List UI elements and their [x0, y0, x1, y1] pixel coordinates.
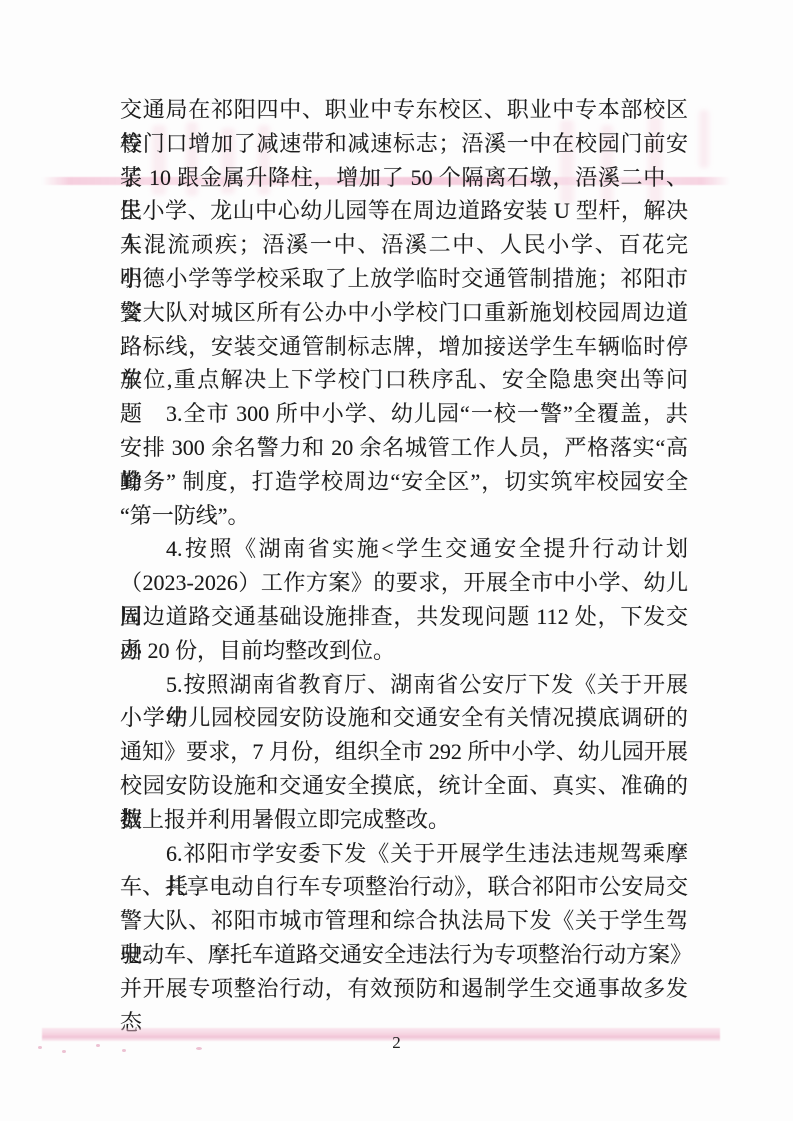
- paragraph-item-5: 5.按照湖南省教育厅、湖南省公安厅下发《关于开展中 小学幼儿园校园安防设施和交通…: [120, 668, 688, 837]
- text-line: 警大队、祁阳市城市管理和综合执法局下发《关于学生驾驶: [120, 904, 688, 938]
- text-line: 电动车、摩托车道路交通安全违法行为专项整治行动方案》: [120, 938, 688, 972]
- text-line: 车位,重点解决上下学校门口秩序乱、安全隐患突出等问题。: [120, 363, 688, 397]
- text-line: 校门口增加了减速带和减速标志；浯溪一中在校园门前安装: [120, 127, 688, 161]
- text-line: 函 20 份，目前均整改到位。: [120, 634, 688, 668]
- scan-stain: [699, 110, 709, 168]
- text-line: 6.祁阳市学安委下发《关于开展学生违法违规驾乘摩托: [120, 837, 688, 871]
- paragraph-item-3: 3.全市 300 所中小学、幼儿园“一校一警”全覆盖，共 安排 300 余名警力…: [120, 397, 688, 532]
- text-line: 警大队对城区所有公办中小学校门口重新施划校园周边道: [120, 296, 688, 330]
- text-line: 校园安防设施和交通安全摸底，统计全面、真实、准确的数: [120, 769, 688, 803]
- text-line: （2023-2026）工作方案》的要求，开展全市中小学、幼儿园: [120, 566, 688, 600]
- text-line: 交通局在祁阳四中、职业中专东校区、职业中专本部校区等: [120, 93, 688, 127]
- scanned-document-page: 交通局在祁阳四中、职业中专东校区、职业中专本部校区等 校门口增加了减速带和减速标…: [0, 0, 793, 1121]
- text-line: 生小学、龙山中心幼儿园等在周边道路安装 U 型杆，解决人: [120, 194, 688, 228]
- text-line: 明德小学等学校采取了上放学临时交通管制措施；祁阳市交: [120, 262, 688, 296]
- text-line: 路标线，安装交通管制标志牌，增加接送学生车辆临时停放: [120, 330, 688, 364]
- text-line: 3.全市 300 所中小学、幼儿园“一校一警”全覆盖，共: [120, 397, 688, 431]
- text-line: 通知》要求，7 月份，组织全市 292 所中小学、幼儿园开展: [120, 735, 688, 769]
- document-body: 交通局在祁阳四中、职业中专东校区、职业中专本部校区等 校门口增加了减速带和减速标…: [120, 93, 688, 1006]
- text-line: 勤务” 制度，打造学校周边“安全区”，切实筑牢校园安全: [120, 465, 688, 499]
- text-line: 5.按照湖南省教育厅、湖南省公安厅下发《关于开展中: [120, 668, 688, 702]
- paragraph-item-4: 4.按照《湖南省实施<学生交通安全提升行动计划 （2023-2026）工作方案》…: [120, 532, 688, 667]
- text-line: 并开展专项整治行动，有效预防和遏制学生交通事故多发态: [120, 972, 688, 1006]
- text-line: 车混流顽疾；浯溪一中、浯溪二中、人民小学、百花完小、: [120, 228, 688, 262]
- paragraph-continuation: 交通局在祁阳四中、职业中专东校区、职业中专本部校区等 校门口增加了减速带和减速标…: [120, 93, 688, 397]
- text-line: 小学幼儿园校园安防设施和交通安全有关情况摸底调研的: [120, 701, 688, 735]
- text-line: 周边道路交通基础设施排查，共发现问题 112 处，下发交办: [120, 600, 688, 634]
- text-line: 据上报并利用暑假立即完成整改。: [120, 803, 688, 837]
- text-line: “第一防线”。: [120, 499, 688, 533]
- page-number: 2: [0, 1033, 793, 1053]
- paragraph-item-6: 6.祁阳市学安委下发《关于开展学生违法违规驾乘摩托 车、共享电动自行车专项整治行…: [120, 837, 688, 1006]
- text-line: 安排 300 余名警力和 20 余名城管工作人员，严格落实“高峰: [120, 431, 688, 465]
- text-line: 了 10 跟金属升降柱，增加了 50 个隔离石墩，浯溪二中、民: [120, 161, 688, 195]
- text-line: 4.按照《湖南省实施<学生交通安全提升行动计划: [120, 532, 688, 566]
- text-line: 车、共享电动自行车专项整治行动》，联合祁阳市公安局交: [120, 870, 688, 904]
